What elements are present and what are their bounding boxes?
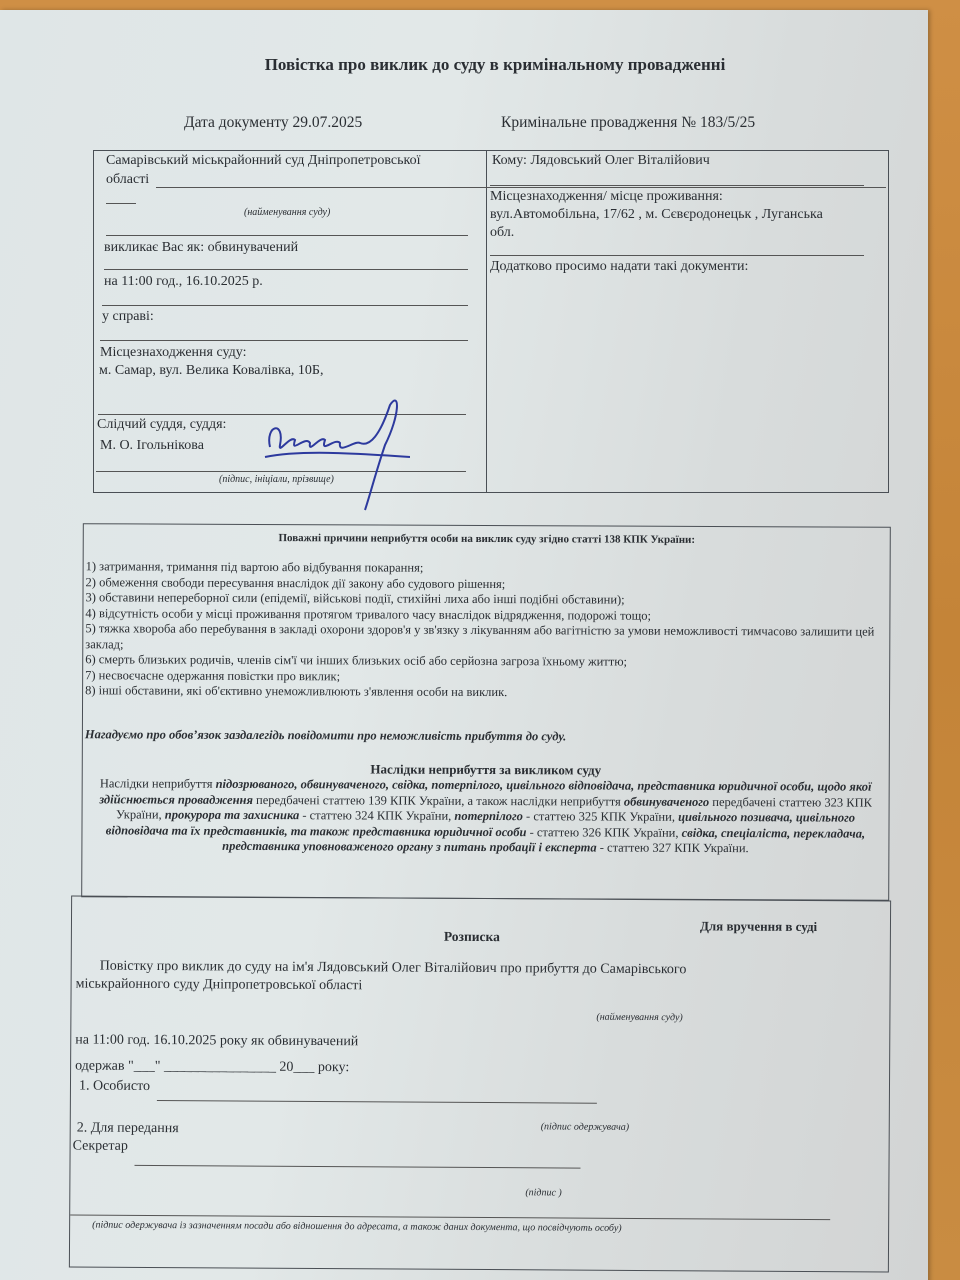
footer-caption: (підпис одержувача із зазначенням посади… (92, 1220, 622, 1234)
rule (106, 235, 468, 236)
receipt-line2: міськрайонного суду Дніпропетровської об… (76, 977, 363, 995)
document-date: Дата документу 29.07.2025 (184, 114, 362, 132)
reason-item: 8) інші обставини, які об'єктивно унемож… (85, 683, 875, 702)
rule (102, 305, 468, 306)
short-line (106, 203, 136, 204)
summons-role: викликає Вас як: обвинувачений (104, 240, 298, 256)
document-title: Повістка про виклик до суду в кримінальн… (0, 55, 960, 75)
receipt-line1: Повістку про виклик до суду на ім'я Лядо… (100, 959, 687, 979)
rule (490, 255, 864, 256)
consequences-segment: Наслідки неприбуття (100, 776, 216, 791)
consequences-emphasis: прокурора та захисника (165, 808, 299, 823)
judge-signature (260, 395, 410, 515)
column-divider (486, 151, 487, 492)
secretary-label: Секретар (73, 1139, 128, 1155)
court-location-value: м. Самар, вул. Велика Ковалівка, 10Б, (99, 363, 323, 379)
residence-line2: обл. (490, 225, 514, 241)
reasons-box: Поважні причини неприбуття особи на викл… (81, 523, 891, 901)
reasons-heading: Поважні причини неприбуття особи на викл… (84, 531, 890, 547)
consequences-emphasis: потерпілого (454, 809, 523, 823)
consequences-segment: - статтею 325 КПК України, (523, 809, 678, 824)
consequences-segment: - статтею 327 КПК України. (597, 840, 749, 855)
rule (490, 185, 864, 186)
consequences-text: Наслідки неприбуття підозрюваного, обвин… (92, 776, 878, 857)
recipient-caption: (підпис одержувача) (541, 1121, 629, 1133)
judge-name: М. О. Ігольнікова (100, 438, 204, 454)
receipt-box: Для вручення в суді Розписка Повістку пр… (69, 895, 891, 1272)
summons-paper: Повістка про виклик до суду в кримінальн… (0, 10, 928, 1280)
receipt-title: Розписка (444, 929, 500, 945)
court-name-underline (156, 187, 886, 188)
hearing-datetime: на 11:00 год., 16.10.2025 р. (104, 274, 263, 290)
court-name-caption: (найменування суду) (244, 207, 330, 218)
extra-documents-label: Додатково просимо надати такі документи: (490, 259, 748, 275)
reasons-list: 1) затримання, тримання під вартою або в… (85, 559, 876, 702)
case-number: Кримінальне провадження № 183/5/25 (501, 114, 755, 132)
in-case-label: у справі: (102, 309, 154, 325)
residence-label: Місцезнаходження/ місце проживання: (490, 189, 723, 205)
court-name-line2: області (106, 172, 149, 188)
consequences-segment: - статтею 326 КПК України, (526, 825, 681, 840)
personally-label: 1. Особисто (79, 1079, 150, 1095)
consequences-emphasis: обвинуваченого (624, 794, 709, 808)
recipient-name: Кому: Лядовський Олег Віталійович (492, 153, 710, 169)
received-date-field: одержав "___" ________________ 20___ рок… (75, 1059, 349, 1077)
summons-details-box: Самарівський міськрайонний суд Дніпропет… (93, 150, 889, 493)
receipt-court-caption: (найменування суду) (596, 1012, 682, 1024)
for-court-label: Для вручення в суді (700, 918, 817, 935)
consequences-segment: - статтею 324 КПК України, (299, 808, 454, 823)
court-location-label: Місцезнаходження суду: (100, 345, 246, 361)
secretary-caption: (підпис ) (525, 1187, 562, 1198)
consequences-segment: передбачені статтею 139 КПК України, а т… (253, 792, 624, 808)
rule (100, 340, 468, 341)
recipient-signature-line (157, 1100, 597, 1104)
rule (104, 269, 468, 270)
for-transfer-label: 2. Для передання (77, 1121, 179, 1138)
receipt-datetime: на 11:00 год. 16.10.2025 року як обвинув… (75, 1033, 358, 1051)
residence-line1: вул.Автомобільна, 17/62 , м. Сєвєродонец… (490, 207, 823, 223)
reason-item: 5) тяжка хвороба або перебування в закла… (85, 621, 875, 655)
secretary-signature-line (134, 1165, 580, 1169)
reminder-text: Нагадуємо про обов’язок заздалегідь пові… (85, 727, 566, 744)
court-name-line1: Самарівський міськрайонний суд Дніпропет… (106, 153, 420, 169)
judge-label: Слідчий суддя, суддя: (97, 417, 226, 433)
